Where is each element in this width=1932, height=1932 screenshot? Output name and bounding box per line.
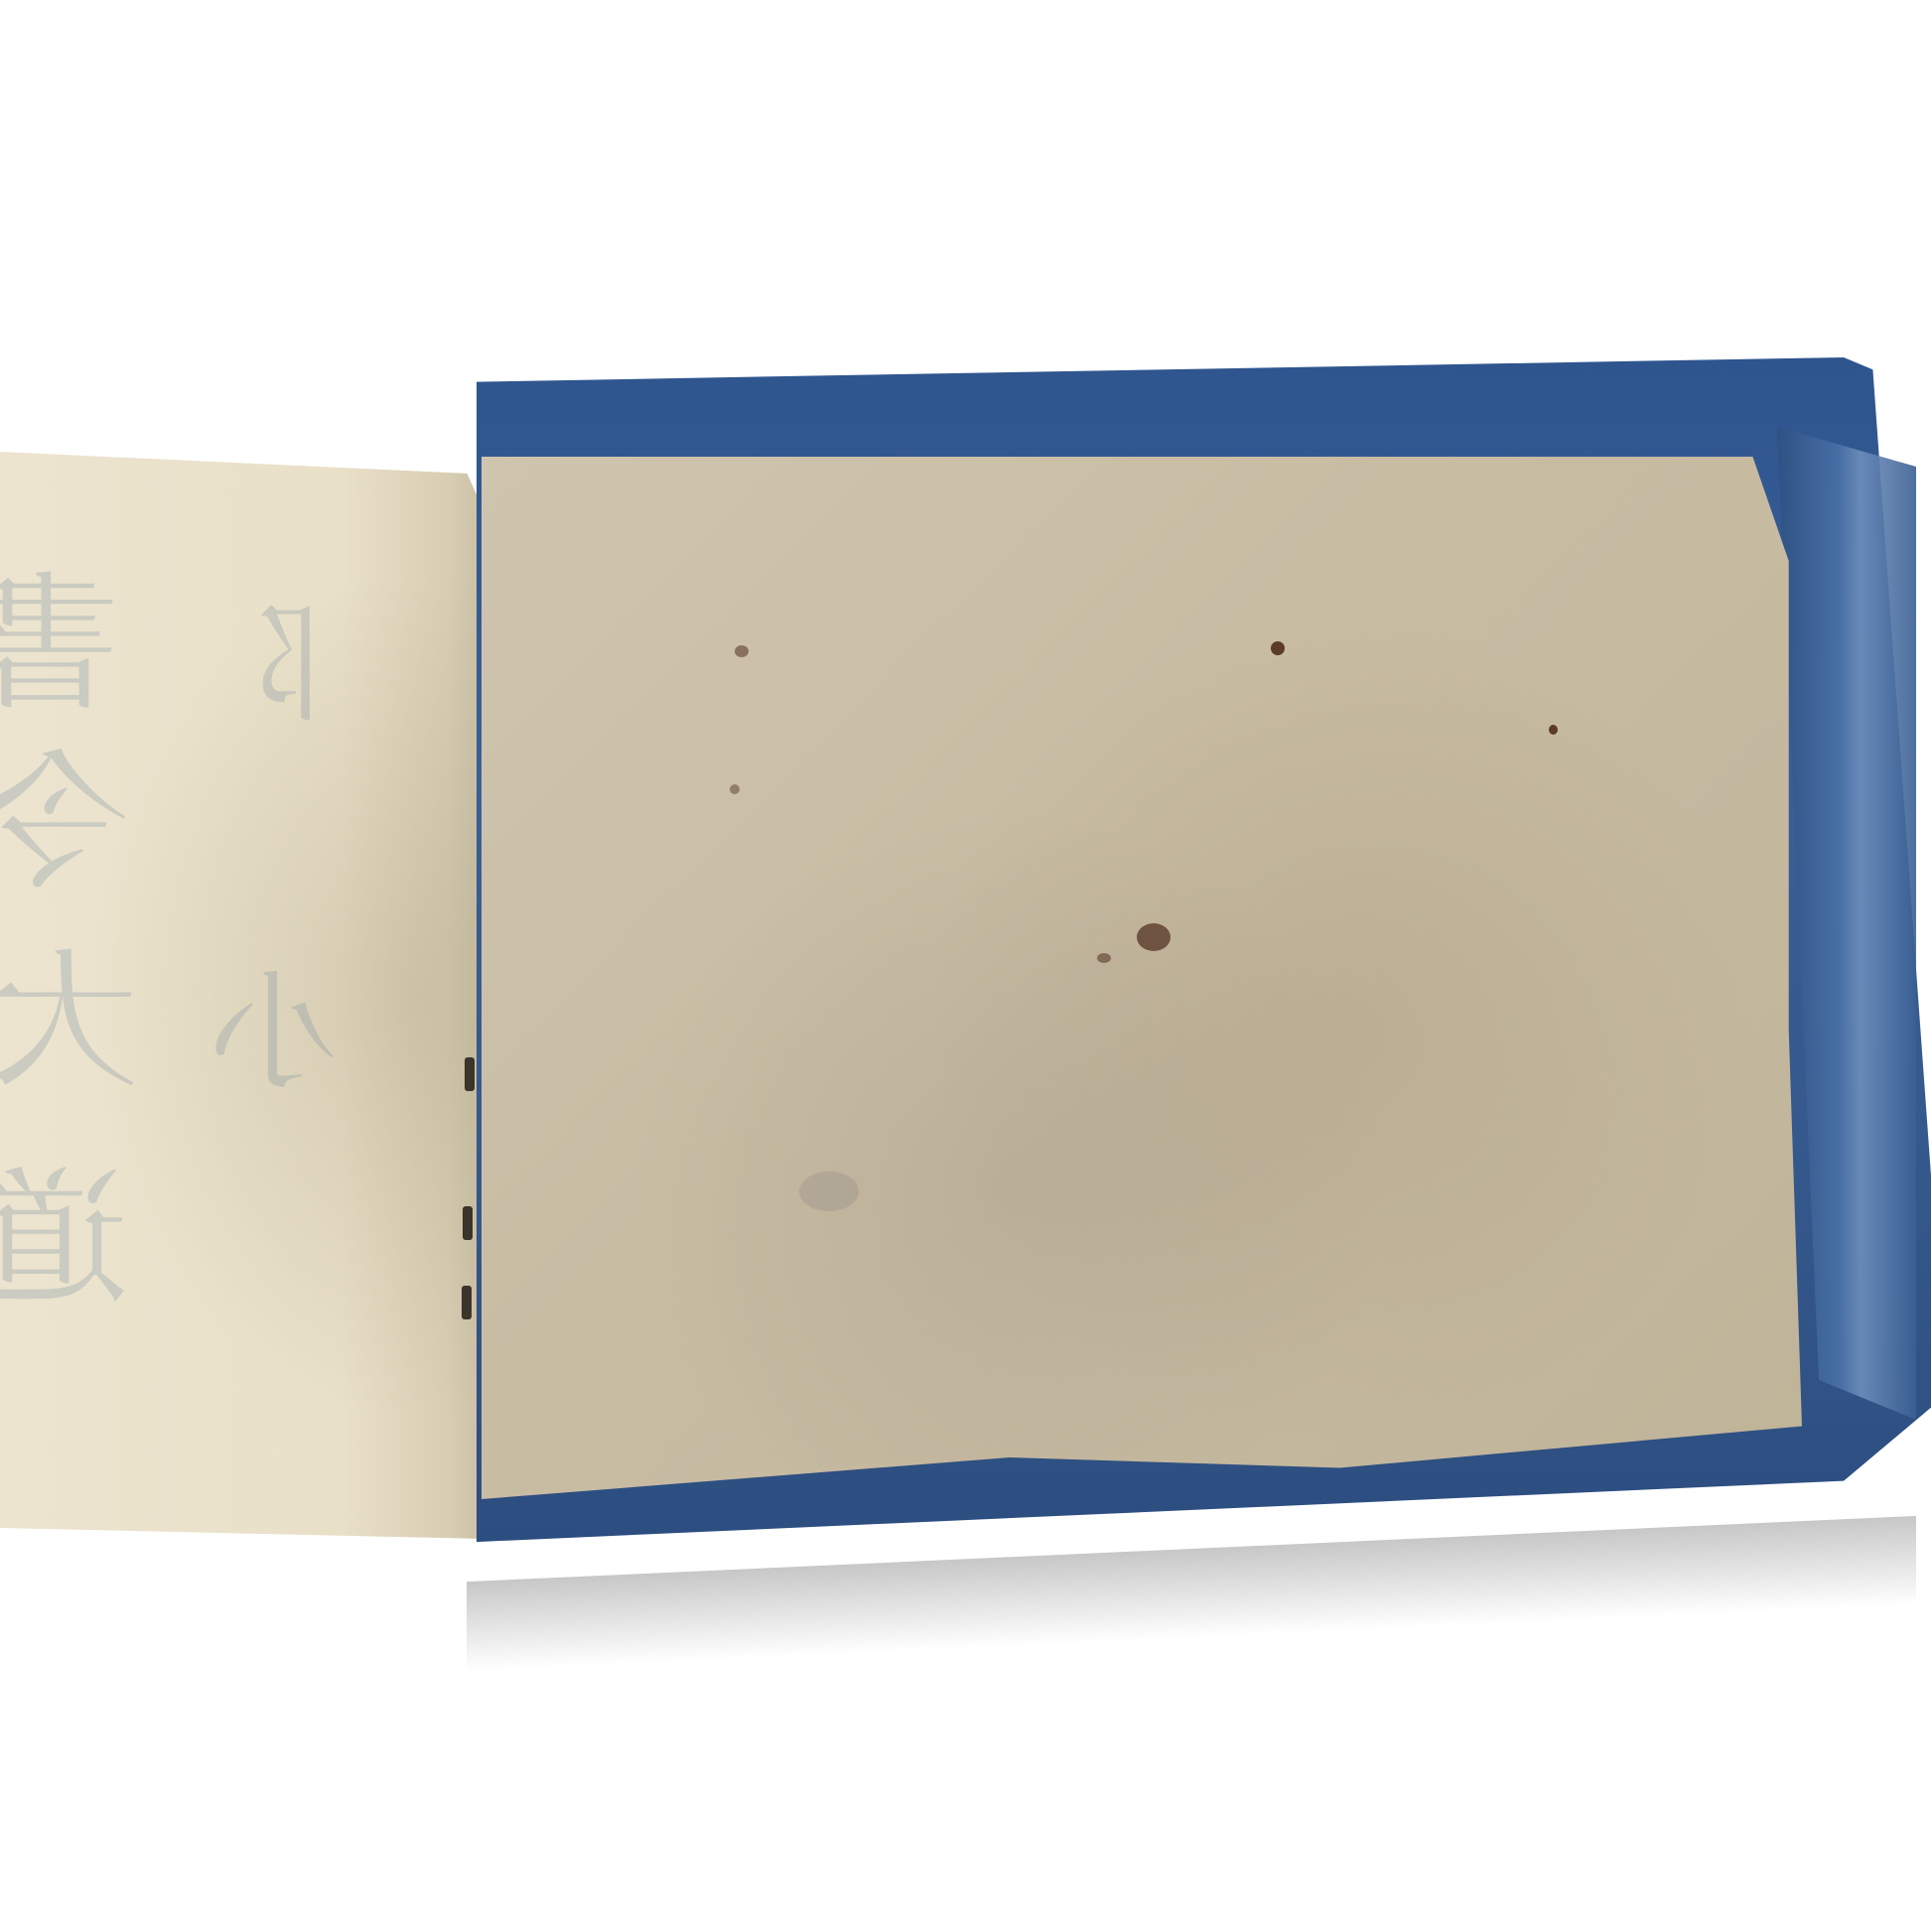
photo-scene: 書 令 大 道 阝 小 Photograph of an old Japanes… (0, 0, 1932, 1932)
left-page: 書 令 大 道 阝 小 (0, 452, 486, 1539)
bleed-through-character: 阝 (199, 601, 328, 730)
endpaper (482, 457, 1802, 1499)
image-description: Photograph of an old Japanese-style stit… (0, 0, 1, 1)
paper-inclusion (1549, 725, 1558, 735)
paper-inclusion (730, 784, 740, 794)
paper-inclusion (1137, 923, 1171, 951)
bleed-through-character: 道 (0, 1167, 129, 1315)
paper-inclusion (735, 645, 749, 657)
binding-stitch (463, 1206, 473, 1240)
paper-inclusion (1097, 953, 1111, 963)
binding-stitch (465, 1057, 475, 1091)
cover-shadow (467, 1516, 1916, 1671)
paper-inclusion (799, 1172, 859, 1211)
paper-inclusion (1271, 641, 1285, 655)
bleed-through-character: 大 (0, 948, 139, 1097)
bleed-through-character: 令 (0, 750, 129, 898)
binding-stitch (462, 1286, 472, 1319)
bleed-through-character: 小 (208, 968, 338, 1097)
bleed-through-character: 書 (0, 571, 119, 720)
